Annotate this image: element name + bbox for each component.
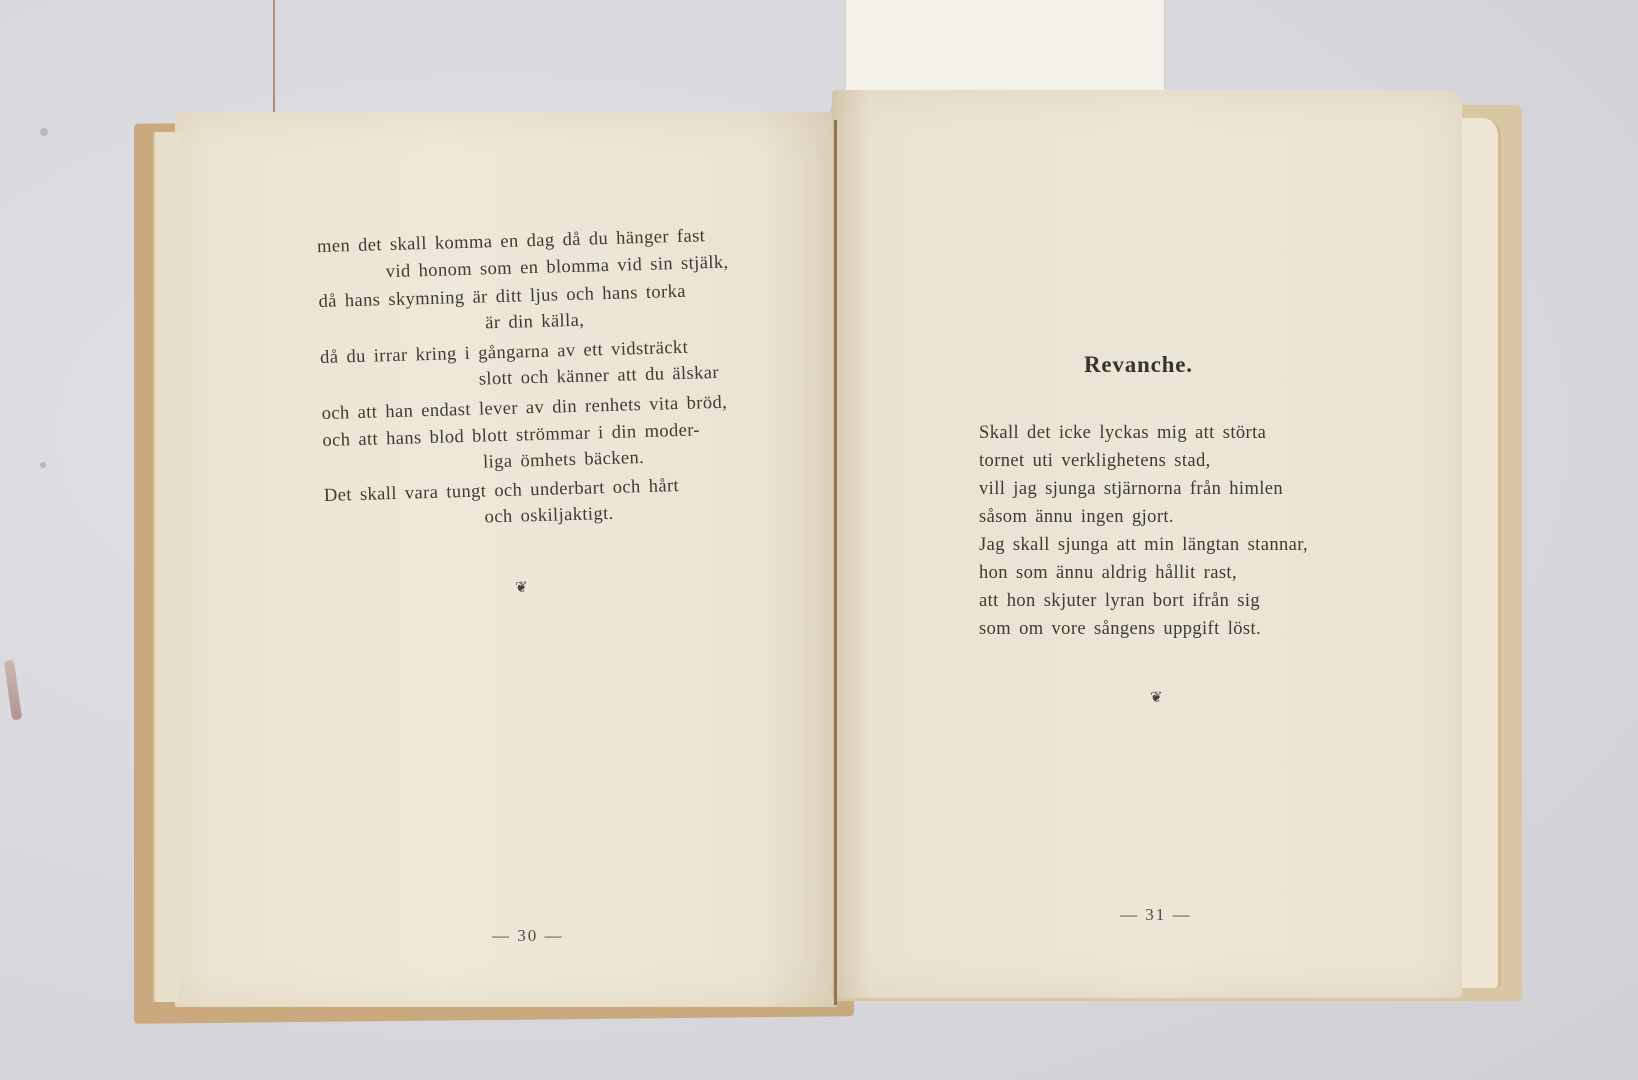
poem-line: hon som ännu aldrig hållit rast, [979, 564, 1237, 583]
poem-line: såsom ännu ingen gjort. [979, 508, 1174, 527]
poem-line: och oskiljaktigt. [484, 505, 613, 527]
poem-line: är din källa, [485, 312, 585, 333]
loose-thread [273, 0, 275, 115]
poem-title: Revanche. [1084, 352, 1193, 378]
poem-line: att hon skjuter lyran bort ifrån sig [979, 592, 1260, 611]
back-paper-sheet [845, 0, 1165, 100]
page-number-right: — 31 — [1120, 905, 1192, 925]
poem-line: Skall det icke lyckas mig att störta [979, 424, 1266, 443]
poem-line: som om vore sångens uppgift löst. [979, 620, 1261, 639]
poem-line: tornet uti verklighetens stad, [979, 452, 1211, 471]
page-number-left: — 30 — [492, 926, 564, 946]
poem-line: vill jag sjunga stjärnorna från himlen [979, 480, 1283, 499]
page-stack-edge-right [1458, 118, 1501, 988]
surface-speck [40, 128, 48, 136]
book-spine-gutter [834, 120, 837, 1005]
surface-stain [4, 660, 22, 721]
poem-line: Jag skall sjunga att min längtan stannar… [979, 536, 1308, 555]
page-stack-edge [153, 132, 179, 1002]
surface-speck [40, 462, 46, 468]
ornament-icon: ❦ [1150, 688, 1163, 707]
poem-line: liga ömhets bäcken. [483, 449, 645, 472]
ornament-icon: ❦ [515, 578, 528, 597]
